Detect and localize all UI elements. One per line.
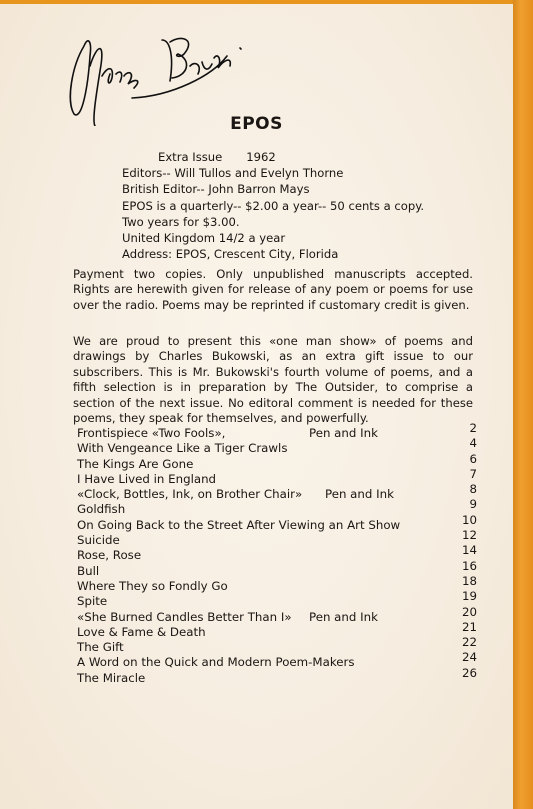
masthead-line: United Kingdom 14/2 a year (122, 230, 424, 246)
issue-line: Extra Issue1962 (122, 149, 424, 165)
toc-title: «She Burned Candles Better Than I» (77, 610, 292, 624)
toc-title: Bull (77, 564, 99, 578)
toc-entry: A Word on the Quick and Modern Poem-Make… (77, 655, 477, 670)
toc-entry: Suicide12 (77, 533, 477, 548)
submission-policy-paragraph: Payment two copies. Only unpublished man… (73, 267, 473, 313)
toc-medium: Pen and Ink (309, 426, 378, 441)
toc-title: Frontispiece «Two Fools», (77, 426, 225, 440)
toc-title: Where They so Fondly Go (77, 579, 228, 593)
toc-title: The Miracle (77, 671, 145, 685)
toc-title: On Going Back to the Street After Viewin… (77, 518, 400, 532)
toc-page: 20 (447, 605, 477, 620)
issue-label: Extra Issue (158, 150, 222, 164)
toc-page: 2 (447, 421, 477, 436)
toc-title: «Clock, Bottles, Ink, on Brother Chair» (77, 487, 302, 501)
toc-title: Love & Fame & Death (77, 625, 206, 639)
toc-page: 24 (447, 650, 477, 665)
masthead-line: Editors-- Will Tullos and Evelyn Thorne (122, 165, 424, 181)
masthead: Extra Issue1962 Editors-- Will Tullos an… (122, 149, 424, 262)
masthead-line: British Editor-- John Barron Mays (122, 181, 424, 197)
toc-entry: I Have Lived in England7 (77, 472, 477, 487)
introduction-paragraph: We are proud to present this «one man sh… (73, 334, 473, 426)
toc-page: 26 (447, 666, 477, 681)
toc-entry: Spite19 (77, 594, 477, 609)
cover-edge (513, 0, 533, 809)
toc-medium: Pen and Ink (325, 487, 394, 502)
toc-title: Goldfish (77, 502, 125, 516)
toc-entry: Where They so Fondly Go18 (77, 579, 477, 594)
masthead-line: Address: EPOS, Crescent City, Florida (122, 246, 424, 262)
masthead-line: Two years for $3.00. (122, 214, 424, 230)
toc-title: The Kings Are Gone (77, 457, 193, 471)
toc-page: 16 (447, 559, 477, 574)
toc-entry: Goldfish9 (77, 502, 477, 517)
toc-entry: Frontispiece «Two Fools»,Pen and Ink2 (77, 426, 477, 441)
toc-page: 7 (447, 467, 477, 482)
toc-entry: Rose, Rose14 (77, 548, 477, 563)
toc-page: 19 (447, 589, 477, 604)
issue-year: 1962 (246, 150, 276, 164)
toc-page: 12 (447, 528, 477, 543)
toc-medium: Pen and Ink (309, 610, 378, 625)
toc-entry: The Miracle26 (77, 671, 477, 686)
toc-title: I Have Lived in England (77, 472, 216, 486)
page-title: EPOS (0, 114, 513, 134)
toc-page: 6 (447, 452, 477, 467)
toc-page: 21 (447, 620, 477, 635)
toc-entry: The Gift22 (77, 640, 477, 655)
toc-page: 22 (447, 635, 477, 650)
toc-title: Rose, Rose (77, 548, 141, 562)
toc-page: 10 (447, 513, 477, 528)
toc-entry: Bull16 (77, 564, 477, 579)
toc-title: Suicide (77, 533, 120, 547)
signature-icon (62, 26, 292, 126)
toc-title: Spite (77, 594, 107, 608)
toc-entry: On Going Back to the Street After Viewin… (77, 518, 477, 533)
book-page: EPOS Extra Issue1962 Editors-- Will Tull… (0, 4, 513, 809)
toc-entry: Love & Fame & Death21 (77, 625, 477, 640)
toc-entry: «Clock, Bottles, Ink, on Brother Chair»P… (77, 487, 477, 502)
toc-page: 8 (447, 482, 477, 497)
toc-page: 14 (447, 543, 477, 558)
toc-page: 18 (447, 574, 477, 589)
toc-page: 4 (447, 436, 477, 451)
toc-entry: With Vengeance Like a Tiger Crawls4 (77, 441, 477, 456)
toc-page: 9 (447, 497, 477, 512)
toc-entry: The Kings Are Gone6 (77, 457, 477, 472)
toc-entry: «She Burned Candles Better Than I»Pen an… (77, 610, 477, 625)
toc-title: The Gift (77, 640, 124, 654)
toc-title: With Vengeance Like a Tiger Crawls (77, 441, 287, 455)
masthead-line: EPOS is a quarterly-- $2.00 a year-- 50 … (122, 198, 424, 214)
toc-title: A Word on the Quick and Modern Poem-Make… (77, 655, 355, 669)
table-of-contents: Frontispiece «Two Fools»,Pen and Ink2 Wi… (77, 426, 477, 686)
